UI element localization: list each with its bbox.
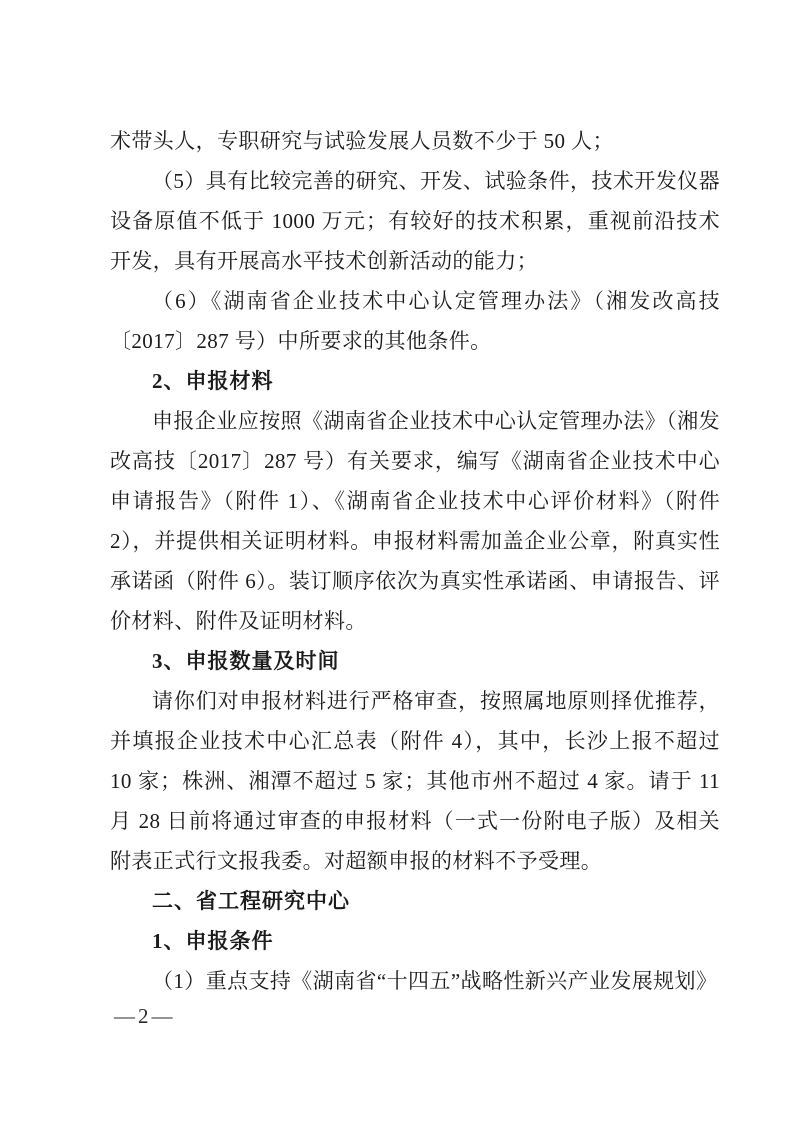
para-condition-1: （1）重点支持《湖南省“十四五”战略性新兴产业发展规划》 [110,961,720,1001]
page-number: —2— [114,1000,176,1032]
para-quantity-and-time: 请你们对申报材料进行严格审查，按照属地原则择优推荐，并填报企业技术中心汇总表（附… [110,681,720,881]
para-application-materials: 申报企业应按照《湖南省企业技术中心认定管理办法》（湘发改高技〔2017〕287 … [110,401,720,641]
para-condition-5: （5）具有比较完善的研究、开发、试验条件，技术开发仪器设备原值不低于 1000 … [110,161,720,281]
heading-section-2-engineering-research-center: 二、省工程研究中心 [110,881,720,921]
document-body: 术带头人，专职研究与试验发展人员数不少于 50 人； （5）具有比较完善的研究、… [110,121,720,1001]
heading-1-application-conditions: 1、申报条件 [110,921,720,961]
para-condition-6: （6）《湖南省企业技术中心认定管理办法》（湘发改高技〔2017〕287 号）中所… [110,281,720,361]
heading-3-quantity-and-time: 3、申报数量及时间 [110,641,720,681]
heading-2-application-materials: 2、申报材料 [110,361,720,401]
document-page: 术带头人，专职研究与试验发展人员数不少于 50 人； （5）具有比较完善的研究、… [0,0,793,1122]
para-continuation-staff-requirement: 术带头人，专职研究与试验发展人员数不少于 50 人； [110,121,720,161]
